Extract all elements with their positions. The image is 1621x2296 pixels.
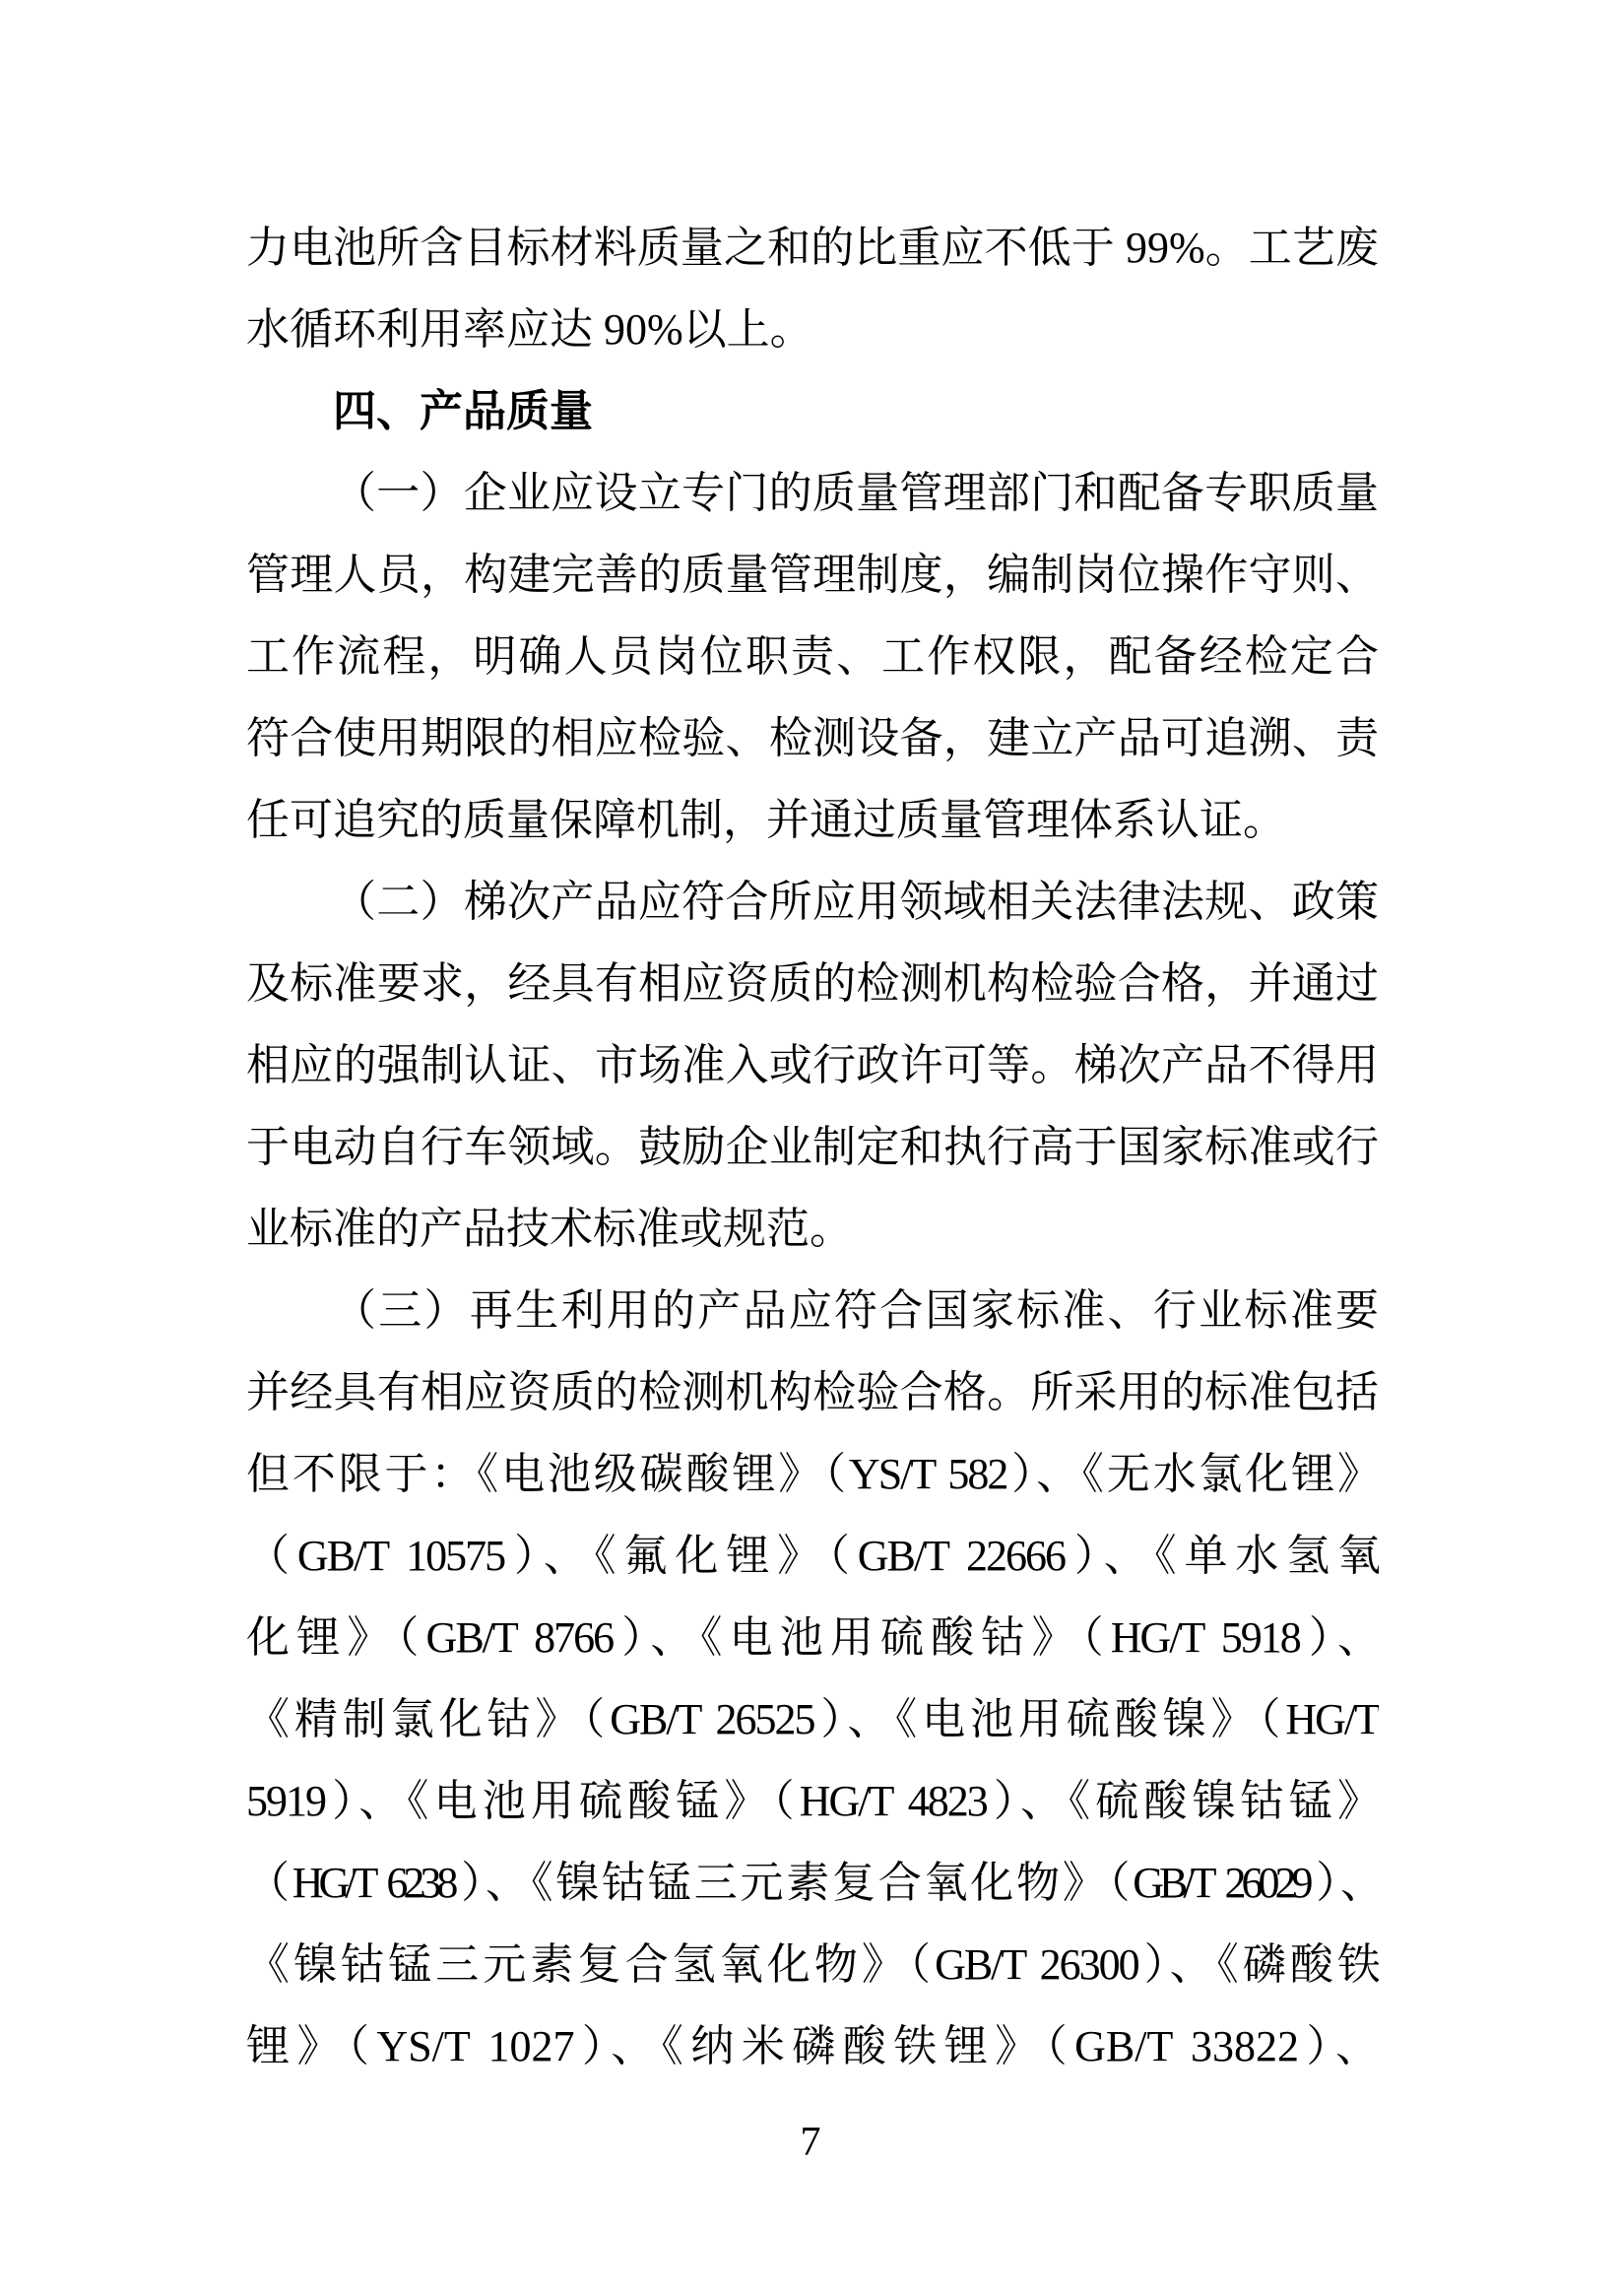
text-line: 于电动自行车领域。鼓励企业制定和执行高于国家标准或行 — [246, 1106, 1379, 1188]
text-line: 化锂》（GB/T 8766）、《电池用硫酸钴》（HG/T 5918）、 — [246, 1597, 1379, 1678]
text-line: （二）梯次产品应符合所应用领域相关法律法规、政策 — [246, 861, 1379, 943]
text-line: 水循环利用率应达 90%以上。 — [246, 289, 1379, 370]
text-line: （GB/T 10575）、《氟化锂》（GB/T 22666）、《单水氢氧 — [246, 1515, 1379, 1597]
text-line: 相应的强制认证、市场准入或行政许可等。梯次产品不得用 — [246, 1024, 1379, 1106]
page-number: 7 — [0, 2113, 1621, 2172]
document-page: 力电池所含目标材料质量之和的比重应不低于 99%。工艺废 水循环利用率应达 90… — [0, 0, 1621, 2296]
text-line: 并经具有相应资质的检测机构检验合格。所采用的标准包括 — [246, 1351, 1379, 1433]
text-line: 力电池所含目标材料质量之和的比重应不低于 99%。工艺废 — [246, 207, 1379, 289]
document-body: 力电池所含目标材料质量之和的比重应不低于 99%。工艺废 水循环利用率应达 90… — [246, 207, 1379, 2087]
text-line: 工作流程，明确人员岗位职责、工作权限，配备经检定合格、 — [246, 616, 1379, 697]
text-line: 及标准要求，经具有相应资质的检测机构检验合格，并通过 — [246, 943, 1379, 1024]
text-line: （HG/T 6238）、《镍钴锰三元素复合氧化物》（GB/T 26029）、 — [246, 1842, 1379, 1924]
text-line: 《镍钴锰三元素复合氢氧化物》（GB/T 26300）、《磷酸铁 — [246, 1924, 1379, 2005]
text-line: 5919）、《电池用硫酸锰》（HG/T 4823）、《硫酸镍钴锰》 — [246, 1760, 1379, 1842]
text-line: 业标准的产品技术标准或规范。 — [246, 1188, 1379, 1270]
text-line: 锂》（YS/T 1027）、《纳米磷酸铁锂》（GB/T 33822）、 — [246, 2005, 1379, 2087]
text-line: 任可追究的质量保障机制，并通过质量管理体系认证。 — [246, 779, 1379, 861]
section-heading: 四、产品质量 — [246, 370, 1379, 452]
text-line: （一）企业应设立专门的质量管理部门和配备专职质量 — [246, 452, 1379, 534]
text-line: 但不限于：《电池级碳酸锂》（YS/T 582）、《无水氯化锂》 — [246, 1433, 1379, 1515]
text-line: （三）再生利用的产品应符合国家标准、行业标准要求， — [246, 1270, 1379, 1351]
text-line: 《精制氯化钴》（GB/T 26525）、《电池用硫酸镍》（HG/T — [246, 1678, 1379, 1760]
text-line: 符合使用期限的相应检验、检测设备，建立产品可追溯、责 — [246, 697, 1379, 779]
text-line: 管理人员，构建完善的质量管理制度，编制岗位操作守则、 — [246, 534, 1379, 616]
